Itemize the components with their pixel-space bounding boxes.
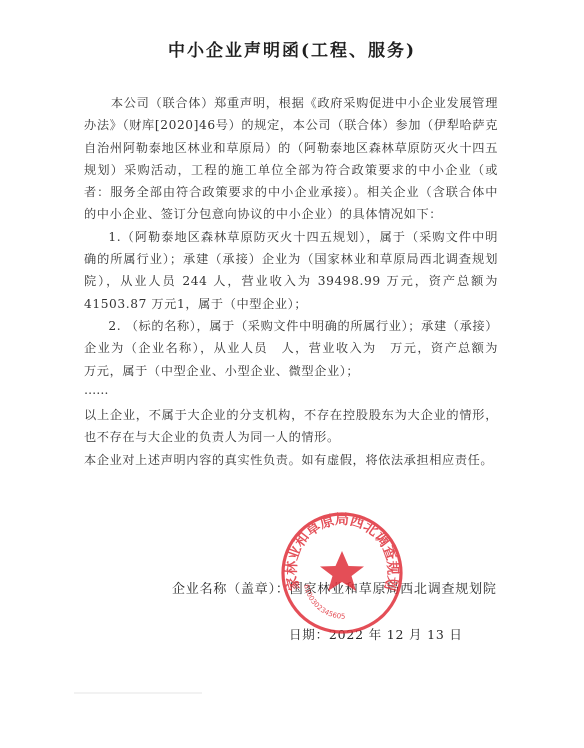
- declaration-body: 本公司（联合体）郑重声明，根据《政府采购促进中小企业发展管理办法》（财库[202…: [84, 92, 498, 471]
- intro-paragraph: 本公司（联合体）郑重声明，根据《政府采购促进中小企业发展管理办法》（财库[202…: [84, 92, 498, 226]
- date-value: 2022 年 12 月 13 日: [329, 627, 463, 642]
- item-2-paragraph: 2. （标的名称），属于（采购文件中明确的所属行业）；承建（承接）企业为（企业名…: [84, 315, 498, 382]
- date-line: 日期：2022 年 12 月 13 日: [289, 625, 463, 643]
- company-name: 国家林业和草原局西北调查规划院: [290, 582, 497, 597]
- official-seal: 国家林业和草原局西北调查规划院 6100302345605: [280, 511, 404, 635]
- statement-paragraph-2: 本企业对上述声明内容的真实性负责。如有虚假，将依法承担相应责任。: [84, 449, 498, 471]
- signature-label: 企业名称（盖章）：: [172, 582, 290, 597]
- ellipsis: ……: [84, 382, 498, 404]
- statement-paragraph-1: 以上企业，不属于大企业的分支机构，不存在控股股东为大企业的情形，也不存在与大企业…: [84, 404, 498, 449]
- item-1-paragraph: 1.（阿勒泰地区森林草原防灭火十四五规划），属于（采购文件中明确的所属行业）；承…: [84, 226, 498, 315]
- scan-artifact: [74, 692, 202, 694]
- signature-line: 企业名称（盖章）：国家林业和草原局西北调查规划院: [172, 578, 497, 597]
- page-title: 中小企业声明函(工程、服务): [0, 36, 584, 61]
- date-label: 日期：: [289, 627, 329, 642]
